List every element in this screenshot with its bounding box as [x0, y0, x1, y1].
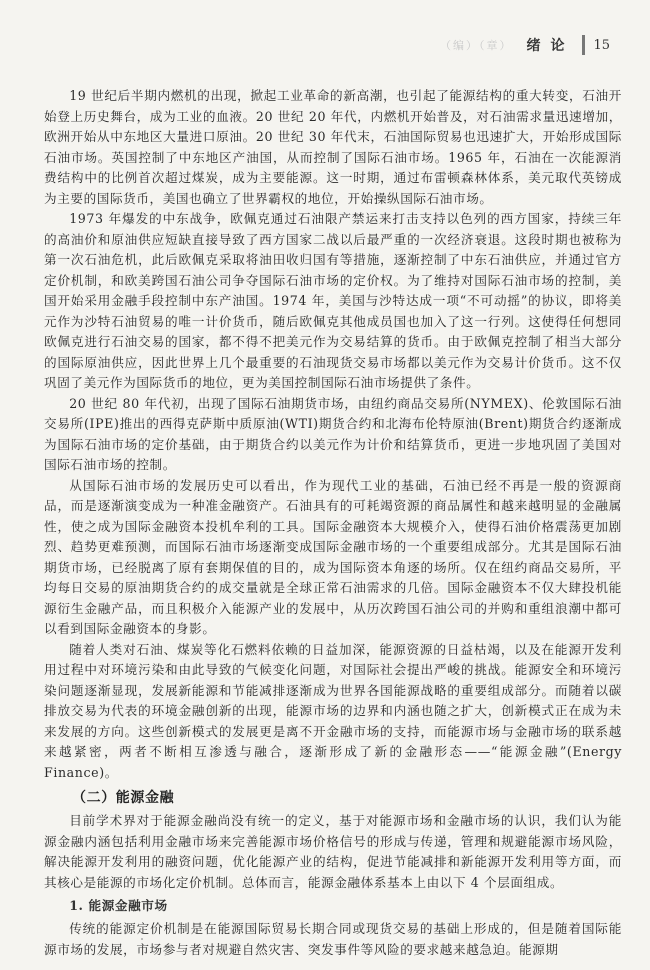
paragraph-1973-oil-crisis: 1973 年爆发的中东战争，欧佩克通过石油限产禁运来打击支持以色列的西方国家，持… — [44, 209, 622, 394]
book-page: （编）（章） 绪论 15 19 世纪后半期内燃机的出现，掀起工业革命的新高潮，也… — [0, 0, 650, 970]
paragraph-financial-asset: 从国际石油市场的发展历史可以看出，作为现代工业的基础，石油已经不再是一般的资源商… — [44, 476, 622, 640]
running-header: （编）（章） 绪论 15 — [440, 34, 610, 56]
header-divider — [582, 35, 585, 55]
paragraph-oil-futures: 20 世纪 80 年代初，出现了国际石油期货市场，由纽约商品交易所(NYMEX)… — [44, 394, 622, 476]
subsection-heading: 1. 能源金融市场 — [44, 893, 622, 919]
faded-header-label: （编）（章） — [440, 37, 513, 53]
section-heading: （二）能源金融 — [44, 785, 622, 811]
paragraph-internal-combustion: 19 世纪后半期内燃机的出现，掀起工业革命的新高潮，也引起了能源结构的重大转变，… — [44, 86, 622, 209]
chapter-title: 绪论 — [526, 35, 574, 55]
paragraph-definition: 目前学术界对于能源金融尚没有统一的定义，基于对能源市场和金融市场的认识，我们认为… — [44, 811, 622, 893]
body-text: 19 世纪后半期内燃机的出现，掀起工业革命的新高潮，也引起了能源结构的重大转变，… — [44, 86, 622, 960]
scan-speck — [141, 938, 143, 940]
page-number: 15 — [593, 38, 610, 53]
paragraph-energy-finance-emergence: 随着人类对石油、煤炭等化石燃料依赖的日益加深，能源资源的日益枯竭，以及在能源开发… — [44, 640, 622, 784]
paragraph-pricing-mechanism: 传统的能源定价机制是在能源国际贸易长期合同或现货交易的基础上形成的，但是随着国际… — [44, 919, 622, 960]
